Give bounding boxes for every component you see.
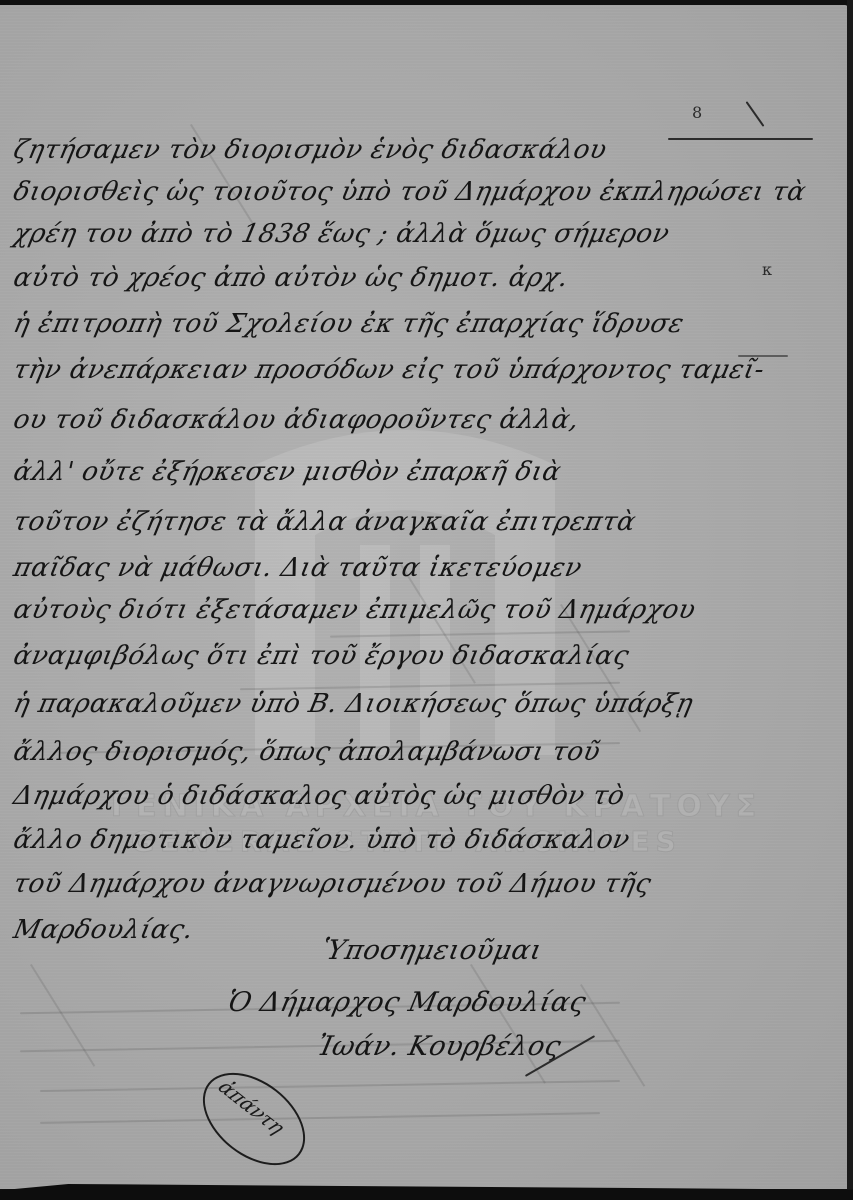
- bleed-stroke: [470, 964, 546, 1084]
- margin-note-number: 8: [692, 103, 702, 122]
- bleed-stroke: [580, 984, 645, 1087]
- body-line-9: τοῦτον ἐζήτησε τὰ ἄλλα ἀναγκαῖα ἐπιτρεπτ…: [11, 507, 639, 537]
- body-line-8: ἀλλ' οὔτε ἐξήρκεσεν μισθὸν ἐπαρκῆ διὰ: [11, 457, 564, 487]
- signatory-name: Ἰωάν. Κουρβέλος: [315, 1031, 564, 1062]
- bleed-line: [40, 1080, 620, 1092]
- body-line-3: χρέη του ἀπὸ τὸ 1838 ἕως ; ἀλλὰ ὅμως σήμ…: [11, 219, 672, 249]
- body-line-10: παῖδας νὰ μάθωσι. Διὰ ταῦτα ἱκετεύομεν: [11, 553, 585, 583]
- body-line-12: ἀναμφιβόλως ὅτι ἐπὶ τοῦ ἔργου διδασκαλία…: [11, 641, 632, 671]
- body-line-4: αὐτὸ τὸ χρέος ἀπὸ αὐτὸν ὡς δημοτ. ἀρχ.: [11, 263, 571, 293]
- body-line-17: τοῦ Δημάρχου ἀναγνωρισμένου τοῦ Δήμου τῆ…: [11, 869, 654, 899]
- signatory-title: Ὁ Δήμαρχος Μαρδουλίας: [225, 987, 589, 1018]
- body-line-13: ἡ παρακαλοῦμεν ὑπὸ Β. Διοικήσεως ὅπως ὑπ…: [11, 689, 696, 719]
- body-line-18: Μαρδουλίας.: [11, 915, 197, 945]
- body-line-7: ου τοῦ διδασκάλου ἀδιαφοροῦντες ἀλλὰ,: [11, 405, 582, 435]
- body-line-11: αὐτοὺς διότι ἐξετάσαμεν ἐπιμελῶς τοῦ Δημ…: [11, 595, 699, 625]
- body-line-14: ἄλλος διορισμός, ὅπως ἀπολαμβάνωσι τοῦ: [11, 737, 603, 767]
- body-line-6: τὴν ἀνεπάρκειαν προσόδων εἰς τοῦ ὑπάρχον…: [11, 355, 768, 385]
- body-line-16: ἄλλο δημοτικὸν ταμεῖον. ὑπὸ τὸ διδάσκαλο…: [11, 825, 633, 855]
- manuscript-page: ΓΕΝΙΚΑ ΑΡΧΕΙΑ ΤΟΥ ΚΡΑΤΟΥΣ GENERAL STATE …: [0, 5, 848, 1189]
- bleed-line: [40, 1112, 600, 1124]
- body-line-2: διορισθεὶς ὡς τοιοῦτος ὑπὸ τοῦ Δημάρχου …: [11, 177, 809, 207]
- margin-note-letter: κ: [762, 260, 772, 279]
- closing-salutation: Ὑποσημειοῦμαι: [319, 935, 545, 966]
- body-line-15: Δημάρχου ὁ διδάσκαλος αὐτὸς ὡς μισθὸν τὸ: [11, 781, 628, 811]
- body-line-1: ζητήσαμεν τὸν διορισμὸν ἑνὸς διδασκάλου: [11, 135, 610, 165]
- body-line-5: ἡ ἐπιτροπὴ τοῦ Σχολείου ἐκ τῆς ἐπαρχίας …: [11, 309, 687, 339]
- scan-border-right: [847, 0, 853, 1200]
- margin-tick: [746, 101, 765, 127]
- margin-rule: [668, 138, 813, 140]
